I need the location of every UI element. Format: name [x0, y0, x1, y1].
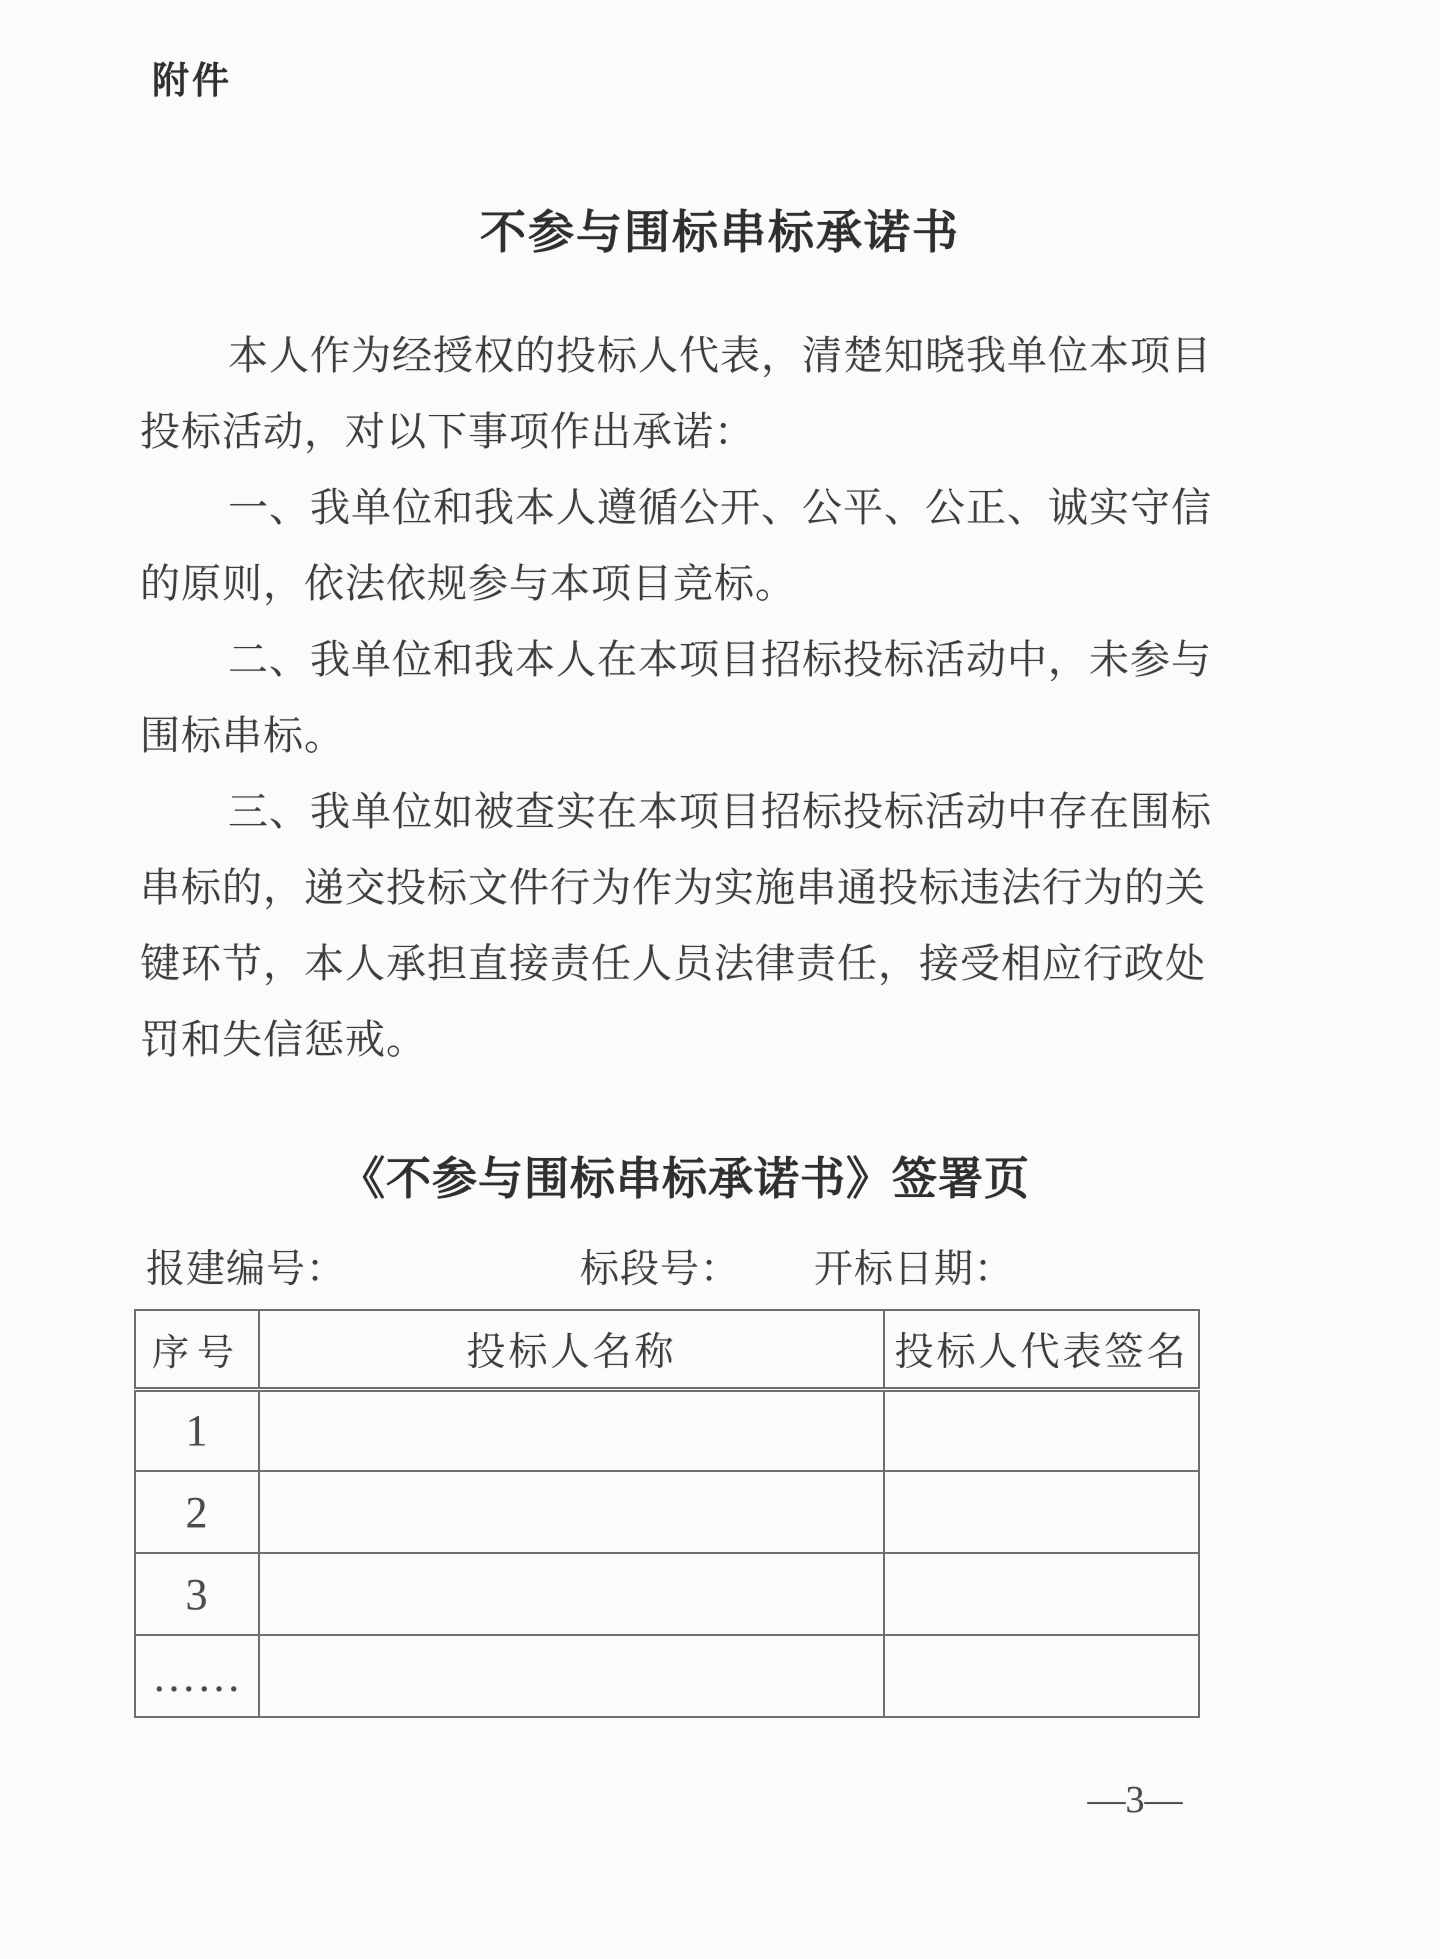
document-body: 本人作为经授权的投标人代表，清楚知晓我单位本项目 投标活动，对以下事项作出承诺：… — [140, 318, 1204, 1078]
field-label-construction-permit-no: 报建编号： — [146, 1246, 346, 1294]
body-line: 投标活动，对以下事项作出承诺： — [140, 394, 1204, 470]
representative-signature-cell — [884, 1553, 1199, 1635]
table-row: 2 — [135, 1471, 1199, 1553]
bidder-name-cell — [259, 1389, 884, 1471]
body-line: 罚和失信惩戒。 — [140, 1002, 1204, 1078]
page-number: —3— — [1060, 1778, 1210, 1822]
scanned-document-page: 附件 不参与围标串标承诺书 本人作为经授权的投标人代表，清楚知晓我单位本项目 投… — [0, 0, 1440, 1959]
column-header-bidder-name: 投标人名称 — [259, 1310, 884, 1389]
body-line: 二、我单位和我本人在本项目招标投标活动中，未参与 — [140, 622, 1204, 698]
column-header-serial-no: 序号 — [135, 1310, 259, 1389]
table-row: …… — [135, 1635, 1199, 1717]
body-line: 三、我单位如被查实在本项目招标投标活动中存在围标 — [140, 774, 1204, 850]
body-line: 串标的，递交投标文件行为作为实施串通投标违法行为的关 — [140, 850, 1204, 926]
column-header-representative-signature: 投标人代表签名 — [884, 1310, 1199, 1389]
bidder-name-cell — [259, 1635, 884, 1717]
serial-cell: 1 — [135, 1389, 259, 1471]
body-line: 一、我单位和我本人遵循公开、公平、公正、诚实守信 — [140, 470, 1204, 546]
field-label-bid-opening-date: 开标日期： — [814, 1246, 1014, 1294]
bidder-name-cell — [259, 1553, 884, 1635]
body-line: 围标串标。 — [140, 698, 1204, 774]
field-label-bid-section-no: 标段号： — [580, 1246, 740, 1294]
representative-signature-cell — [884, 1635, 1199, 1717]
table-row: 1 — [135, 1389, 1199, 1471]
body-line: 键环节，本人承担直接责任人员法律责任，接受相应行政处 — [140, 926, 1204, 1002]
signature-table: 序号 投标人名称 投标人代表签名 1 2 3 …… — [134, 1309, 1200, 1718]
body-line: 的原则，依法依规参与本项目竞标。 — [140, 546, 1204, 622]
document-title: 不参与围标串标承诺书 — [0, 204, 1440, 262]
representative-signature-cell — [884, 1471, 1199, 1553]
signature-page-title: 《不参与围标串标承诺书》签署页 — [0, 1150, 1370, 1208]
body-line: 本人作为经授权的投标人代表，清楚知晓我单位本项目 — [140, 318, 1204, 394]
serial-cell: …… — [135, 1635, 259, 1717]
bidder-name-cell — [259, 1471, 884, 1553]
table-row: 3 — [135, 1553, 1199, 1635]
serial-cell: 2 — [135, 1471, 259, 1553]
attachment-label: 附件 — [152, 60, 232, 104]
table-header-row: 序号 投标人名称 投标人代表签名 — [135, 1310, 1199, 1389]
representative-signature-cell — [884, 1389, 1199, 1471]
serial-cell: 3 — [135, 1553, 259, 1635]
